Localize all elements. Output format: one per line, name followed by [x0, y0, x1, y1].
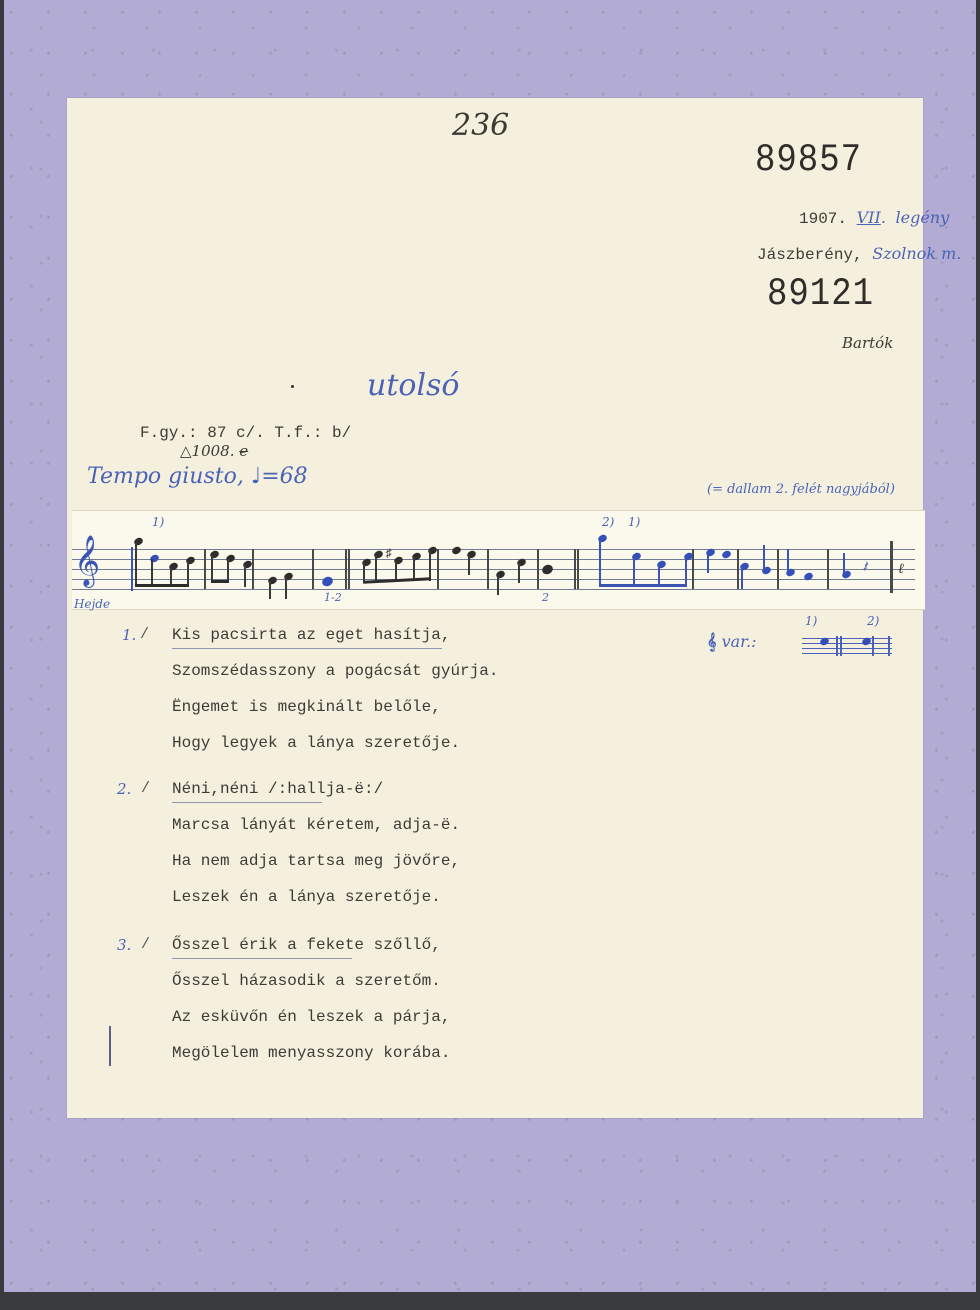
music-score-strip: 𝄞 Hejde 1) 1-2 ♯ 2 2) 1) [72, 510, 925, 610]
archive-stamp-top: 89857 [755, 139, 862, 183]
variant-mark-2: 2) [867, 614, 879, 628]
place-typed: Jászberény, [757, 246, 863, 264]
verse-line: Ősszel házasodik a szeretőm. [172, 972, 441, 990]
underline-mark [172, 958, 352, 959]
verse-number: 3. [117, 936, 131, 954]
variant-label: var.: [722, 632, 757, 651]
catalog-line: F.gy.: 87 c/. T.f.: b/ [140, 424, 351, 442]
score-label: Hejde [74, 597, 110, 611]
remark-note: (= dallam 2. felét nagyjából) [707, 482, 895, 497]
end-mark: ℓ [898, 561, 904, 578]
tempo-marking: Tempo giusto, ♩=68 [87, 464, 308, 489]
underline-mark [172, 802, 322, 803]
collector-signature: Bartók [842, 334, 893, 352]
verse-line: Az esküvőn én leszek a párja, [172, 1008, 450, 1026]
annotation-2: 2) [602, 515, 614, 529]
treble-clef-icon: 𝄞 [74, 535, 100, 586]
verse-line: Ősszel érik a fekete szőllő, [172, 936, 441, 954]
annotation-repeat: 1-2 [324, 591, 342, 604]
place-line: Jászberény, Szolnok m. [757, 244, 961, 264]
annotation-3: 1) [628, 515, 640, 529]
variant-mini-staff [802, 636, 902, 658]
page-number: 236 [452, 108, 509, 143]
archive-stamp-bottom: 89121 [767, 273, 874, 317]
verse-number: 2. [117, 780, 131, 798]
verse-line: Marcsa lányát kéretem, adja-ë. [172, 816, 460, 834]
margin-stroke [109, 1026, 111, 1066]
variant-note: 𝄞 var.: [707, 632, 757, 652]
verse-line: Hogy legyek a lánya szeretője. [172, 734, 460, 752]
verse-number: 1. [122, 626, 136, 644]
variant-mark-1: 1) [805, 614, 817, 628]
date-note: legény [896, 208, 950, 227]
tempo-label: Tempo giusto, [87, 464, 244, 489]
date-typed: 1907. [799, 210, 847, 228]
catalog-hand: △1008. e [180, 442, 248, 460]
date-line: 1907. VII. legény [799, 208, 949, 228]
verse-line: Ëngemet is megkinált belőle, [172, 698, 441, 716]
utolso-note: utolsó [367, 368, 460, 403]
dot-mark [291, 385, 294, 388]
place-county: Szolnok m. [872, 244, 961, 263]
verse-line: Megölelem menyasszony korába. [172, 1044, 450, 1062]
verse-line: Kis pacsirta az eget hasítja, [172, 626, 450, 644]
verse-line: Szomszédasszony a pogácsát gyúrja. [172, 662, 498, 680]
verse-line: Leszek én a lánya szeretője. [172, 888, 441, 906]
annotation-ending: 2 [542, 591, 549, 604]
tempo-value: =68 [261, 464, 307, 489]
annotation-1: 1) [152, 515, 164, 529]
rest-mark: 𝄽 [862, 557, 867, 577]
verse-line: Néni,néni /:hallja-ë:/ [172, 780, 383, 798]
date-month: VII [857, 208, 881, 227]
underline-mark [172, 648, 442, 649]
verse-line: Ha nem adja tartsa meg jövőre, [172, 852, 460, 870]
